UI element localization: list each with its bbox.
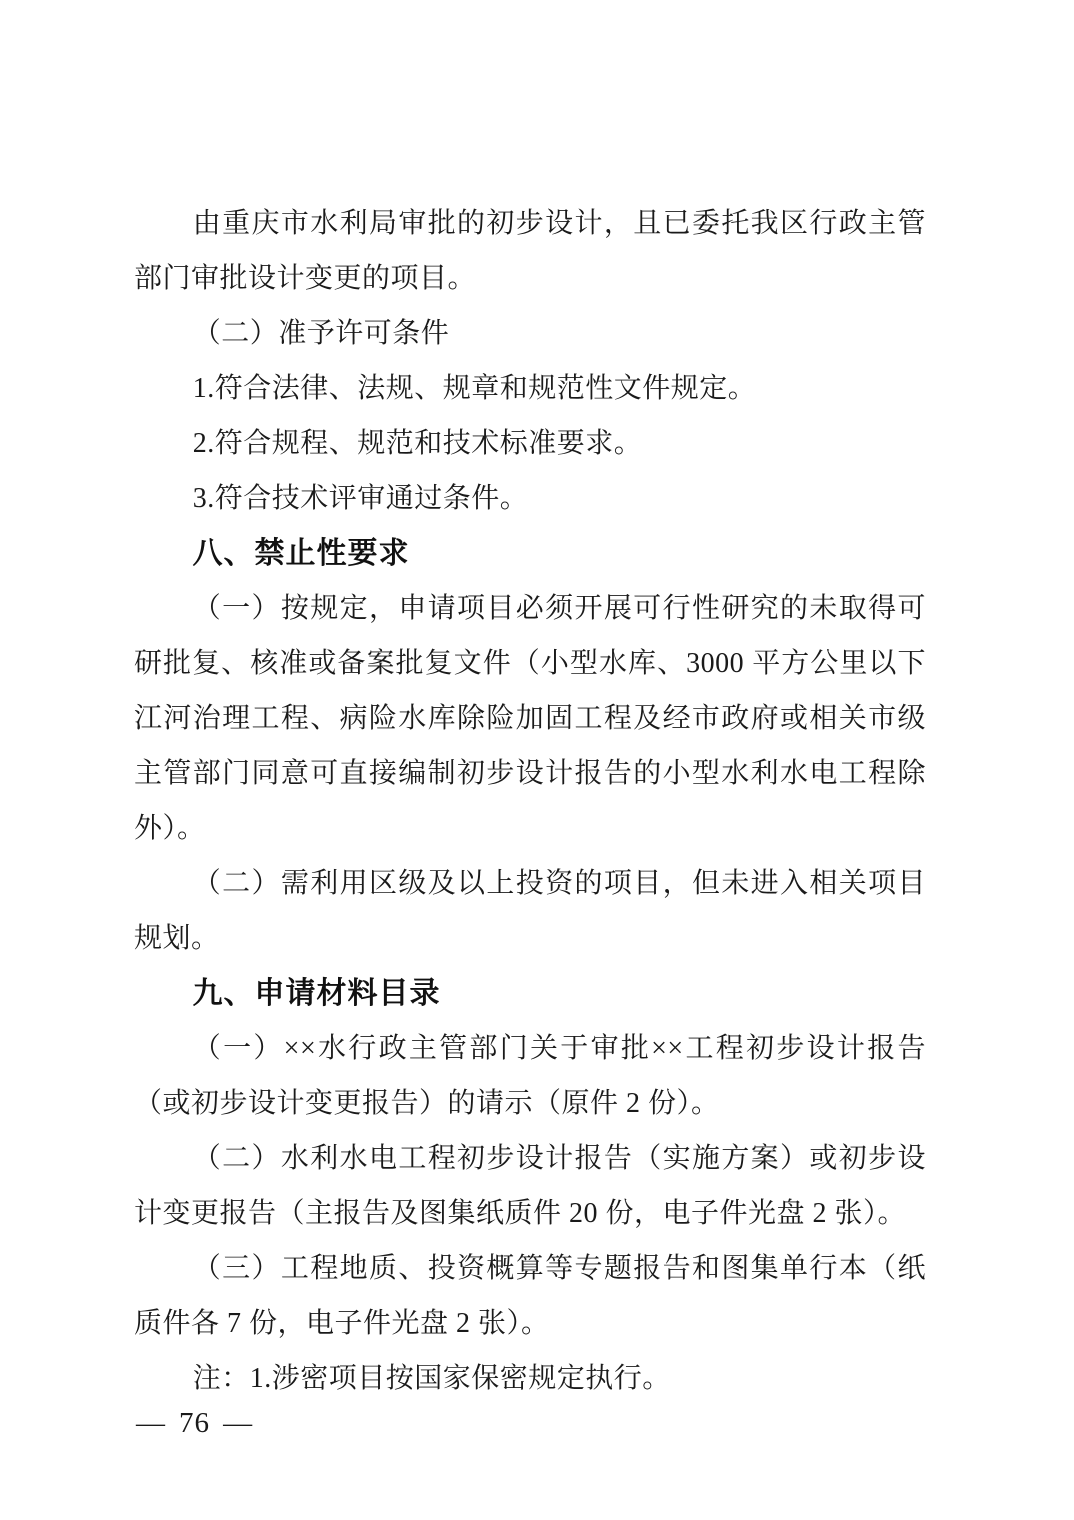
footer-left-dash: — (136, 1403, 166, 1443)
body-paragraph: 由重庆市水利局审批的初步设计，且已委托我区行政主管部门审批设计变更的项目。 (134, 196, 926, 306)
body-paragraph: 注：1.涉密项目按国家保密规定执行。 (134, 1351, 926, 1406)
page-footer: —76— (136, 1403, 253, 1443)
body-paragraph: （一）按规定，申请项目必须开展可行性研究的未取得可研批复、核准或备案批复文件（小… (134, 581, 926, 856)
page-number: 76 (179, 1403, 210, 1443)
body-paragraph: 2.符合规程、规范和技术标准要求。 (134, 416, 926, 471)
document-body: 由重庆市水利局审批的初步设计，且已委托我区行政主管部门审批设计变更的项目。（二）… (134, 196, 926, 1406)
body-paragraph: （二）水利水电工程初步设计报告（实施方案）或初步设计变更报告（主报告及图集纸质件… (134, 1131, 926, 1241)
body-paragraph: （二）需利用区级及以上投资的项目，但未进入相关项目规划。 (134, 856, 926, 966)
document-page: 由重庆市水利局审批的初步设计，且已委托我区行政主管部门审批设计变更的项目。（二）… (0, 0, 1074, 1520)
body-paragraph: 1.符合法律、法规、规章和规范性文件规定。 (134, 361, 926, 416)
body-paragraph: 3.符合技术评审通过条件。 (134, 471, 926, 526)
body-paragraph: （一）××水行政主管部门关于审批××工程初步设计报告（或初步设计变更报告）的请示… (134, 1021, 926, 1131)
section-heading: 九、申请材料目录 (134, 966, 926, 1021)
body-paragraph: （三）工程地质、投资概算等专题报告和图集单行本（纸质件各 7 份，电子件光盘 2… (134, 1241, 926, 1351)
section-heading: 八、禁止性要求 (134, 526, 926, 581)
footer-right-dash: — (223, 1403, 253, 1443)
body-paragraph: （二）准予许可条件 (134, 306, 926, 361)
